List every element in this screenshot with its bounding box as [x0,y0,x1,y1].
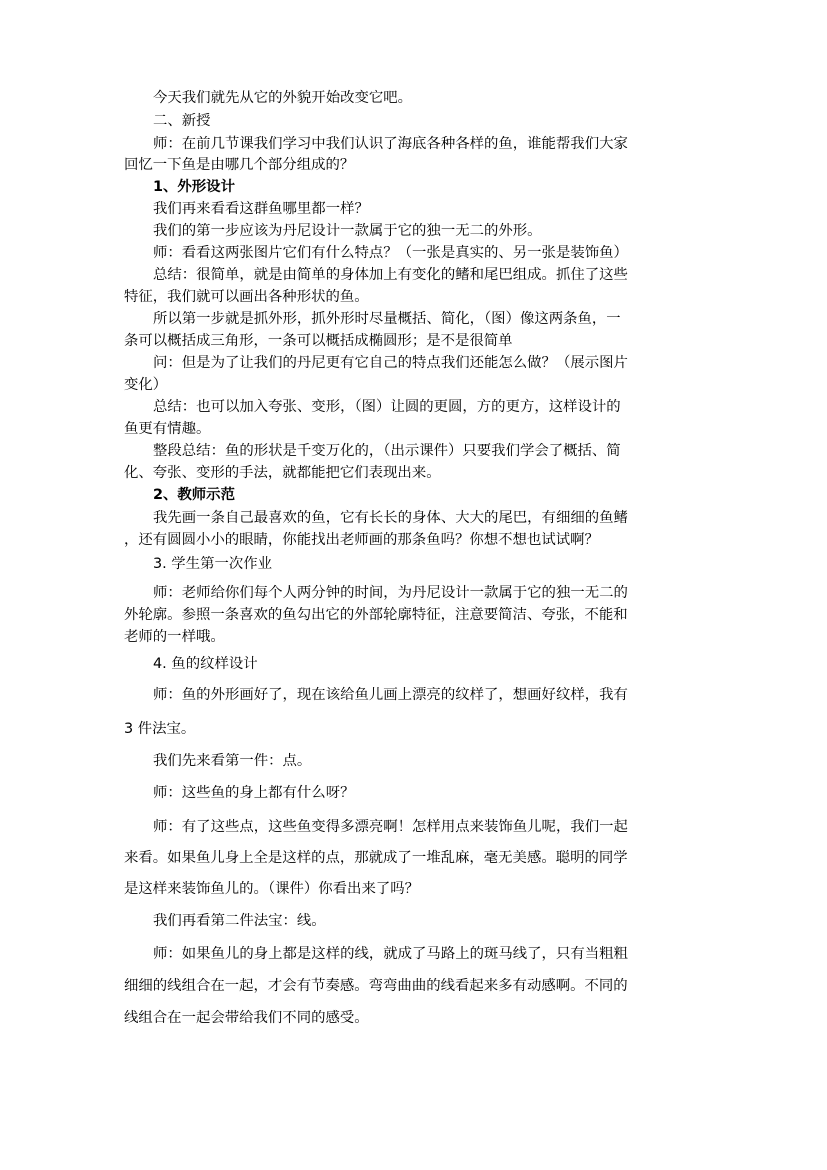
section-heading: 二、新授 [124,111,733,132]
text-line: 特征，我们就可以画出各种形状的鱼。 [124,287,704,308]
text-line: 师：在前几节课我们学习中我们认识了海底各种各样的鱼，谁能帮我们大家 [124,134,733,155]
text-line: 师：如果鱼儿的身上都是这样的线，就成了马路上的斑马线了，只有当粗粗 [124,944,733,965]
text-line: 线组合在一起会带给我们不同的感受。 [124,1008,704,1029]
text-line: 化、夸张、变形的手法，就都能把它们表现出来。 [124,463,704,484]
text-line: 我们再来看看这群鱼哪里都一样？ [124,199,733,220]
text-line: 条可以概括成三角形，一条可以概括成椭圆形；是不是很简单 [124,331,704,352]
text-line: 整段总结：鱼的形状是千变万化的，（出示课件）只要我们学会了概括、简 [124,441,733,462]
text-line: 细细的线组合在一起，才会有节奏感。弯弯曲曲的线看起来多有动感啊。不同的 [124,976,704,997]
subsection-heading: 4. 鱼的纹样设计 [124,654,733,675]
text-line: ，还有圆圆小小的眼睛，你能找出老师画的那条鱼吗？你想不想也试试啊？ [124,530,704,551]
text-line: 老师的一样哦。 [124,627,704,648]
text-line: 回忆一下鱼是由哪几个部分组成的？ [124,155,704,176]
text-line: 变化） [124,375,704,396]
subsection-heading: 3. 学生第一次作业 [124,554,733,575]
text-line: 师：有了这些点，这些鱼变得多漂亮啊！怎样用点来装饰鱼儿呢，我们一起 [124,817,733,838]
text-line: 鱼更有情趣。 [124,419,704,440]
subsection-heading: 2、教师示范 [124,485,733,506]
text-line: 是这样来装饰鱼儿的。（课件）你看出来了吗？ [124,879,704,900]
text-line: 师：看看这两张图片它们有什么特点？（一张是真实的、另一张是装饰鱼） [124,243,733,264]
text-line: 师：鱼的外形画好了，现在该给鱼儿画上漂亮的纹样了，想画好纹样，我有 [124,685,733,706]
text-line: 问：但是为了让我们的丹尼更有它自己的特点我们还能怎么做？（展示图片 [124,353,733,374]
text-line: 今天我们就先从它的外貌开始改变它吧。 [124,88,733,109]
text-line: 总结：也可以加入夸张、变形，（图）让圆的更圆，方的更方，这样设计的 [124,397,733,418]
text-line: 3 件法宝。 [124,719,704,740]
text-line: 总结：很简单，就是由简单的身体加上有变化的鳍和尾巴组成。抓住了这些 [124,265,733,286]
text-line: 所以第一步就是抓外形，抓外形时尽量概括、简化，（图）像这两条鱼，一 [124,309,733,330]
text-line: 来看。如果鱼儿身上全是这样的点，那就成了一堆乱麻，毫无美感。聪明的同学 [124,848,704,869]
text-line: 我先画一条自己最喜欢的鱼，它有长长的身体、大大的尾巴，有细细的鱼鳍 [124,508,733,529]
text-line: 师：这些鱼的身上都有什么呀？ [124,783,733,804]
text-line: 我们再看第二件法宝：线。 [124,911,733,932]
text-line: 我们先来看第一件：点。 [124,751,733,772]
text-line: 师：老师给你们每个人两分钟的时间，为丹尼设计一款属于它的独一无二的 [124,583,733,604]
text-line: 外轮廓。参照一条喜欢的鱼勾出它的外部轮廓特征，注意要简洁、夸张，不能和 [124,605,704,626]
subsection-heading: 1、外形设计 [124,177,733,198]
text-line: 我们的第一步应该为丹尼设计一款属于它的独一无二的外形。 [124,221,733,242]
